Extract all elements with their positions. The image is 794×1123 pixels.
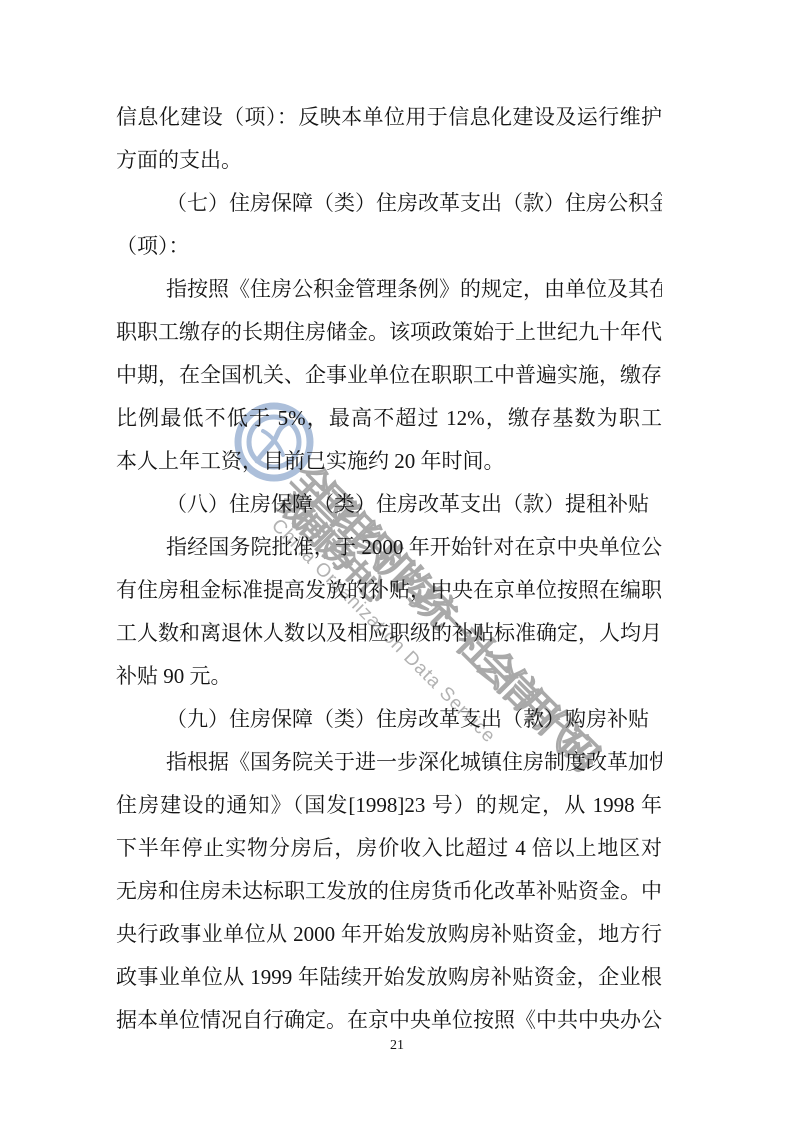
text-line: 住房建设的通知》（国发[1998]23 号）的规定，从 1998 年 — [116, 784, 662, 827]
text-line: （九）住房保障（类）住房改革支出（款）购房补贴（项）: — [116, 698, 662, 741]
text-line: 无房和住房未达标职工发放的住房货币化改革补贴资金。中 — [116, 870, 662, 913]
text-line: 指按照《住房公积金管理条例》的规定，由单位及其在 — [116, 268, 662, 311]
text-line: 指经国务院批准，于 2000 年开始针对在京中央单位公 — [116, 526, 662, 569]
page-number: 21 — [0, 1038, 794, 1054]
text-line: 本人上年工资，目前已实施约 20 年时间。 — [116, 440, 662, 483]
text-line: 据本单位情况自行确定。在京中央单位按照《中共中央办公 — [116, 999, 662, 1042]
text-line: （项）： — [116, 225, 662, 268]
text-line: （七）住房保障（类）住房改革支出（款）住房公积金 — [116, 182, 662, 225]
text-line: 工人数和离退休人数以及相应职级的补贴标准确定，人均月 — [116, 612, 662, 655]
text-line: 央行政事业单位从 2000 年开始发放购房补贴资金，地方行 — [116, 913, 662, 956]
text-line: （八）住房保障（类）住房改革支出（款）提租补贴（项）: — [116, 483, 662, 526]
text-line: 信息化建设（项）：反映本单位用于信息化建设及运行维护 — [116, 96, 662, 139]
text-line: 有住房租金标准提高发放的补贴，中央在京单位按照在编职 — [116, 569, 662, 612]
text-line: 方面的支出。 — [116, 139, 662, 182]
text-line: 指根据《国务院关于进一步深化城镇住房制度改革加快 — [116, 741, 662, 784]
text-line: 职职工缴存的长期住房储金。该项政策始于上世纪九十年代 — [116, 311, 662, 354]
text-line: 中期，在全国机关、企事业单位在职职工中普遍实施，缴存 — [116, 354, 662, 397]
text-line: 政事业单位从 1999 年陆续开始发放购房补贴资金，企业根 — [116, 956, 662, 999]
text-line: 比例最低不低于 5%，最高不超过 12%，缴存基数为职工 — [116, 397, 662, 440]
document-body: 信息化建设（项）：反映本单位用于信息化建设及运行维护 方面的支出。 （七）住房保… — [116, 96, 662, 1042]
text-line: 下半年停止实物分房后，房价收入比超过 4 倍以上地区对 — [116, 827, 662, 870]
document-page: 全国组织机构统一社会信用代码 数据服务中心 China Organization… — [0, 0, 794, 1123]
text-line: 补贴 90 元。 — [116, 655, 662, 698]
